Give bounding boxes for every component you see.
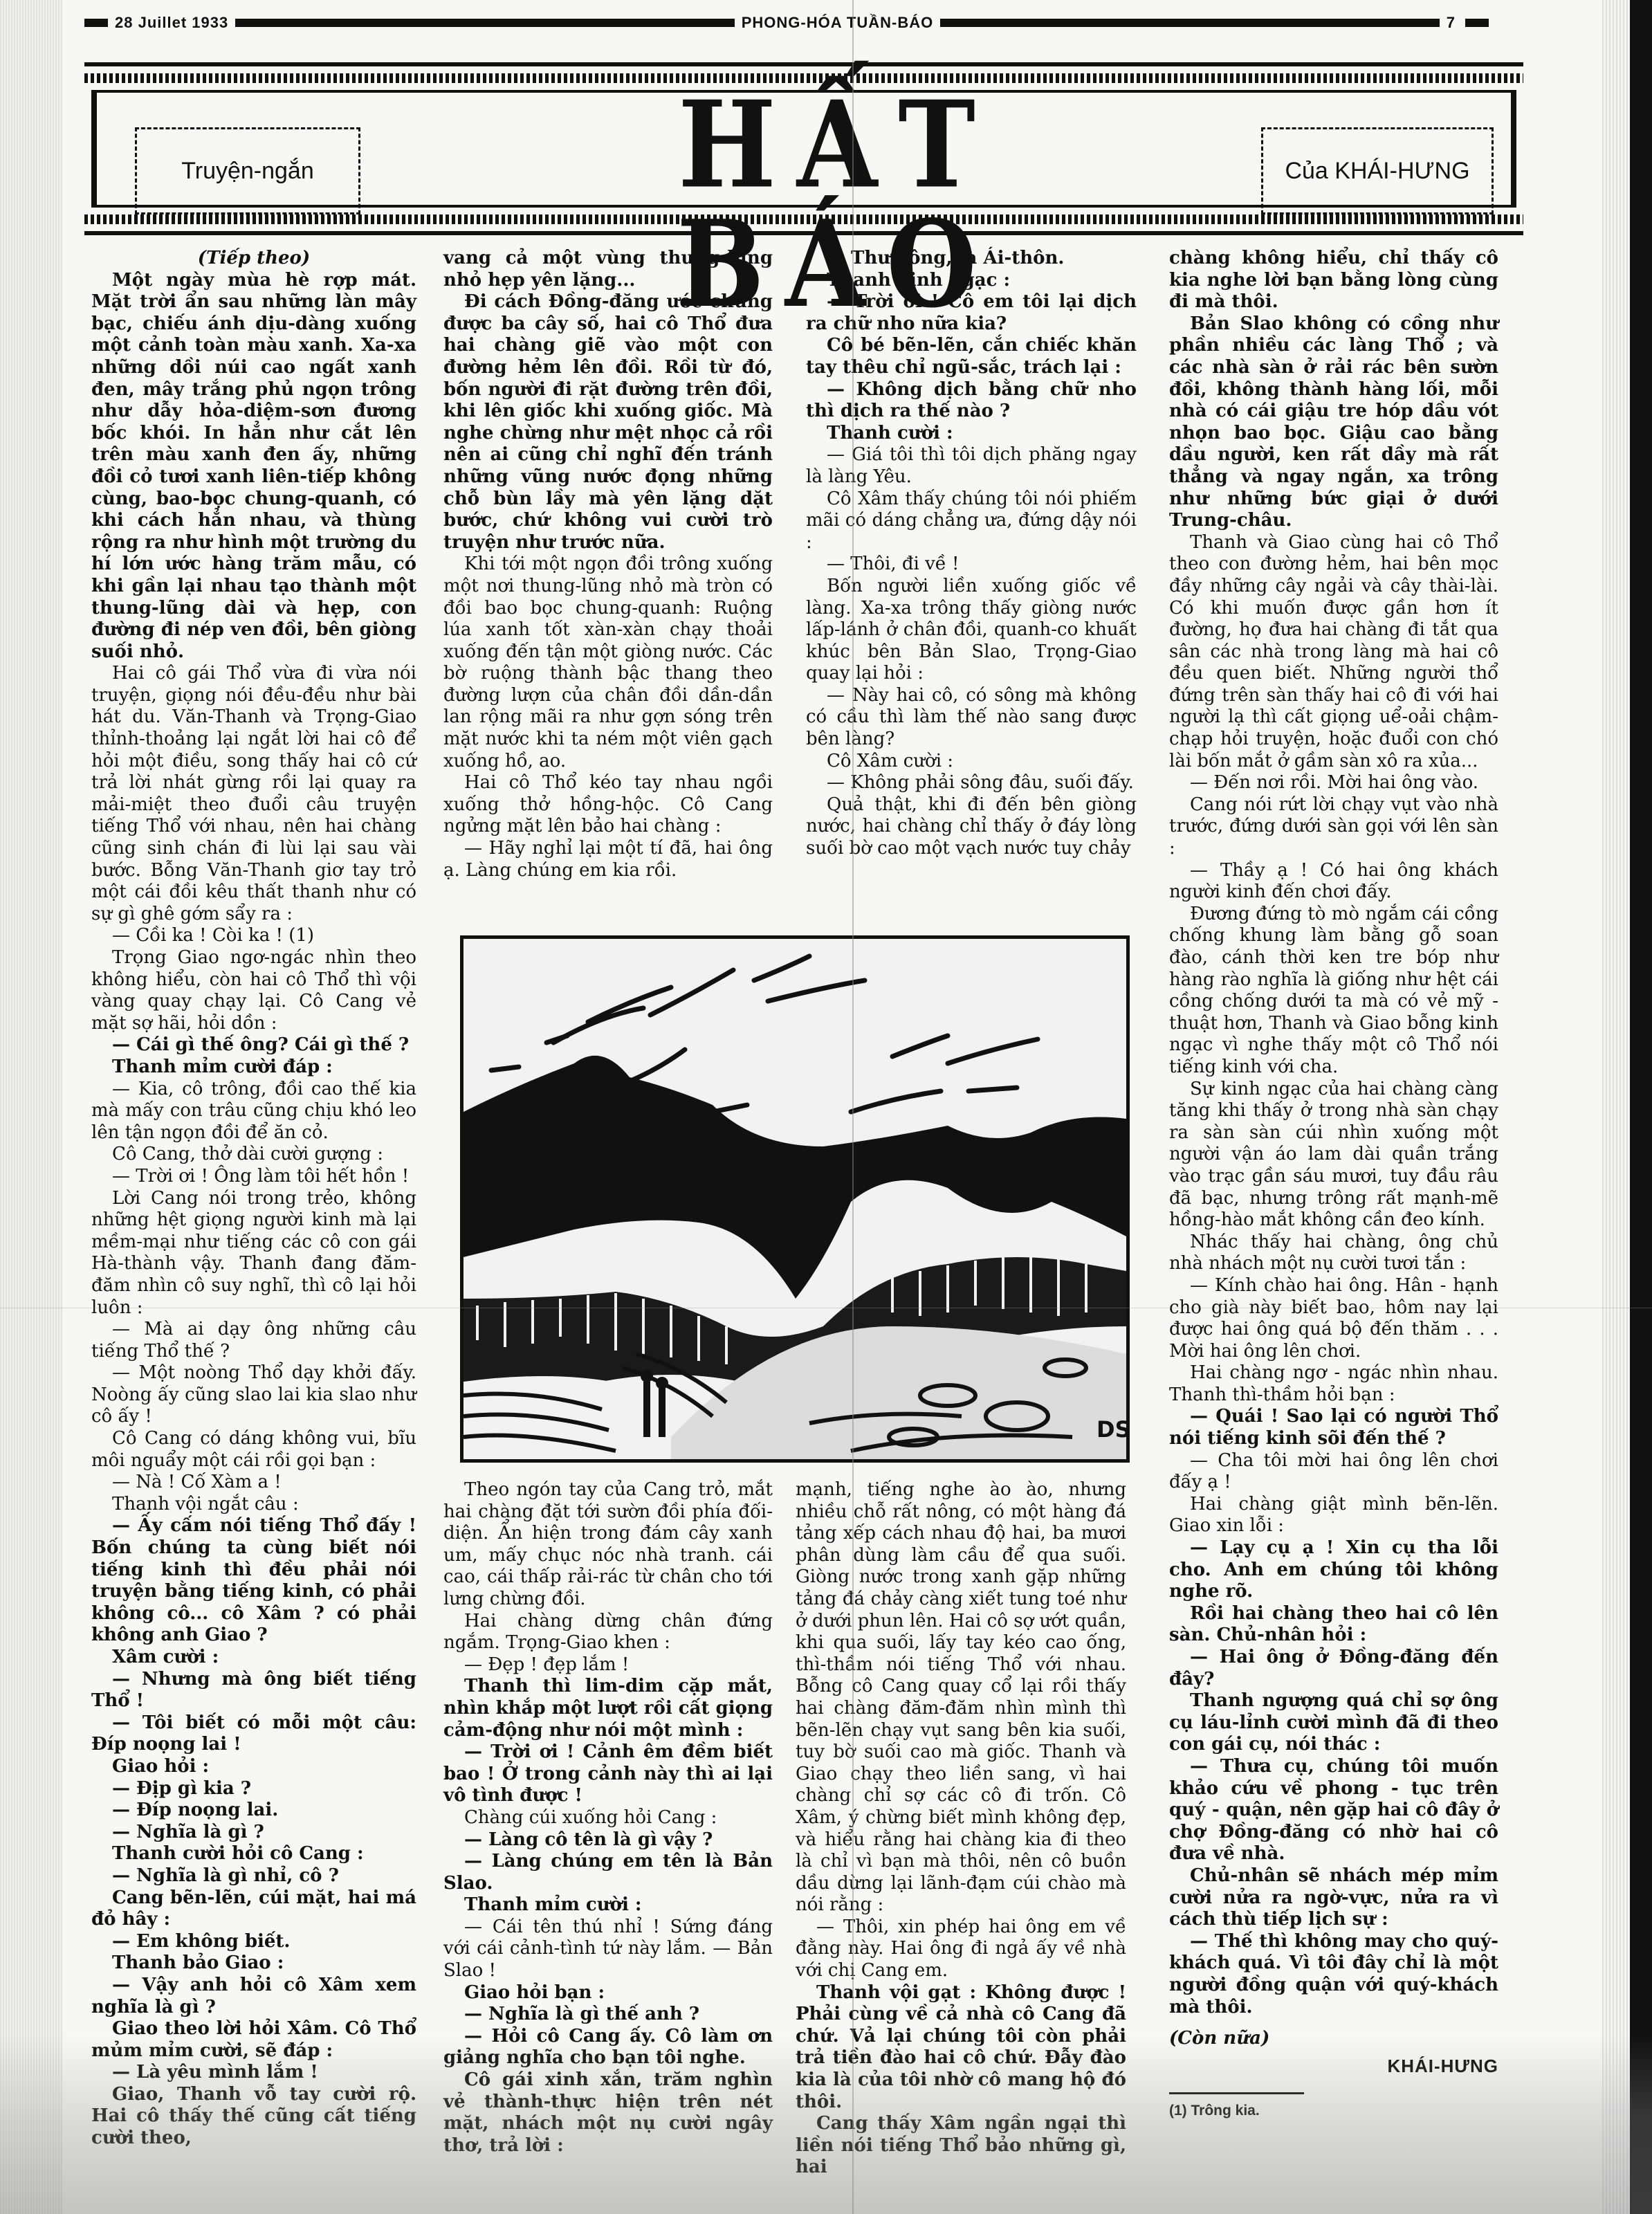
dialogue-line: — Cha tôi mời hai ông lên chơi đấy ạ !: [1169, 1450, 1498, 1494]
header-rule: [940, 19, 1440, 27]
paragraph: Thanh cười :: [806, 423, 1137, 445]
dialogue-line: — Kính chào hai ông. Hân - hạnh cho già …: [1169, 1275, 1498, 1362]
paragraph: Trọng Giao ngơ-ngác nhìn theo không hiểu…: [91, 947, 416, 1034]
paragraph: Khi tới một ngọn đồi trông xuống một nơi…: [443, 553, 773, 772]
article-column-2-top: vang cả một vùng thung-lũng nhỏ hẹp yên …: [443, 248, 773, 881]
banner-inner-frame: Truyện-ngắn HẤT BÁO Của KHÁI-HƯNG: [91, 90, 1516, 208]
dialogue-line: — Nhưng mà ông biết tiếng Thổ !: [91, 1669, 416, 1712]
page-fold-line: [852, 0, 854, 2214]
paragraph: Thanh bảo Giao :: [91, 1952, 416, 1975]
dialogue-line: — Địp gì kia ?: [91, 1778, 416, 1800]
dialogue-line: — Lạy cụ ạ ! Xin cụ tha lỗi cho. Anh em …: [1169, 1537, 1498, 1603]
title-banner: Truyện-ngắn HẤT BÁO Của KHÁI-HƯNG: [84, 62, 1523, 235]
paragraph: Hai chàng ngơ - ngác nhìn nhau. Thanh th…: [1169, 1362, 1498, 1406]
paragraph: Cô bé bẽn-lẽn, cắn chiếc khăn tay thêu c…: [806, 335, 1137, 378]
svg-text:DS: DS: [1096, 1416, 1126, 1443]
paragraph: Cô Cang có dáng không vui, bĩu môi nguẩy…: [91, 1428, 416, 1472]
dialogue-line: — Giá tôi thì tôi dịch phăng ngay là làn…: [806, 444, 1137, 488]
paragraph: Hai chàng giật mình bẽn-lẽn. Giao xin lỗ…: [1169, 1494, 1498, 1537]
paragraph: Bản Slao không có cồng như phần nhiều cá…: [1169, 313, 1498, 532]
article-column-3-top: — Thưa ông, là Ái-thôn. Thanh kinh ngạc …: [806, 248, 1137, 860]
section-label-box: Truyện-ngắn: [135, 127, 360, 214]
paragraph: Thanh và Giao cùng hai cô Thổ theo con đ…: [1169, 532, 1498, 773]
paragraph: Lời Cang nói trong trẻo, không những hệt…: [91, 1188, 416, 1319]
paragraph: Cang nói rứt lời chạy vụt vào nhà trước,…: [1169, 794, 1498, 860]
page-fold-line-horizontal: [0, 1308, 1652, 1308]
paragraph: Cô Xâm thấy chúng tôi nói phiếm mãi có d…: [806, 488, 1137, 554]
paragraph: Thanh thì lim-dim cặp mắt, nhìn khắp một…: [443, 1676, 773, 1741]
dialogue-line: — Đíp noọng lai.: [91, 1800, 416, 1822]
byline: Của KHÁI-HƯNG: [1285, 158, 1469, 185]
paragraph: Giao hỏi bạn :: [443, 1982, 773, 2004]
continued-marker: (Tiếp theo): [91, 248, 416, 270]
article-column-4: chàng không hiểu, chỉ thấy cô kia nghe l…: [1169, 248, 1498, 2122]
paragraph: Thanh vội ngắt câu :: [91, 1494, 416, 1516]
dialogue-line: — Nà ! Cố Xàm a !: [91, 1472, 416, 1494]
dialogue-line: — Kia, cô trông, đồi cao thế kia mà mấy …: [91, 1079, 416, 1144]
dialogue-line: — Không dịch bằng chữ nho thì dịch ra th…: [806, 379, 1137, 423]
paragraph-continued: chàng không hiểu, chỉ thấy cô kia nghe l…: [1169, 248, 1498, 313]
paragraph: Giao hỏi :: [91, 1756, 416, 1778]
paragraph: Thanh ngượng quá chỉ sợ ông cụ láu-lỉnh …: [1169, 1690, 1498, 1756]
issue-date: 28 Juillet 1933: [115, 14, 228, 32]
paragraph: Thanh mỉm cười đáp :: [91, 1056, 416, 1079]
dialogue-line: — Trời ơi ! Cảnh êm đềm biết bao ! Ở tro…: [443, 1741, 773, 1807]
paragraph: Thanh cười hỏi cô Cang :: [91, 1843, 416, 1865]
paragraph: Quả thật, khi đi đến bên giòng nước, hai…: [806, 794, 1137, 860]
paragraph: Thanh mỉm cười :: [443, 1894, 773, 1916]
scan-edge-right-grain: [1602, 0, 1630, 2214]
scan-edge-left: [0, 0, 62, 2214]
paragraph-continued: mạnh, tiếng nghe ào ào, nhưng nhiều chỗ …: [796, 1479, 1126, 1916]
dialogue-line: — Vậy anh hỏi cô Xâm xem nghĩa là gì ?: [91, 1975, 416, 2018]
dialogue-line: — Một noòng Thổ dạy khởi đấy. Noòng ấy c…: [91, 1362, 416, 1428]
paragraph: Nhác thấy hai chàng, ông chủ nhà nhách m…: [1169, 1232, 1498, 1275]
dialogue-line: — Làng cô tên là gì vậy ?: [443, 1829, 773, 1851]
dialogue-line: — Thế thì không may cho quý-khách quá. V…: [1169, 1931, 1498, 2018]
dialogue-line: — Em không biết.: [91, 1931, 416, 1953]
byline-box: Của KHÁI-HƯNG: [1261, 127, 1494, 214]
paragraph: Chàng cúi xuống hỏi Cang :: [443, 1807, 773, 1829]
paragraph: Rồi hai chàng theo hai cô lên sàn. Chủ-n…: [1169, 1603, 1498, 1647]
paragraph: Theo ngón tay của Cang trỏ, mắt hai chàn…: [443, 1479, 773, 1611]
header-rule-block: [84, 19, 108, 27]
running-header: 28 Juillet 1933 PHONG-HÓA TUẦN-BÁO 7: [84, 12, 1496, 33]
scan-edge-right: [1630, 0, 1652, 2214]
dialogue-line: — Thôi, đi về !: [806, 553, 1137, 576]
dialogue-line: — Cái tên thú nhỉ ! Sứng đáng với cái cả…: [443, 1916, 773, 1982]
paragraph: Chủ-nhân sẽ nhách mép mỉm cười nửa ra ng…: [1169, 1865, 1498, 1931]
dialogue-line: — Nghĩa là gì thế anh ?: [443, 2004, 773, 2026]
dialogue-line: — Thôi, xin phép hai ông em về đằng này.…: [796, 1916, 1126, 1982]
dialogue-line: — Nghĩa là gì ?: [91, 1822, 416, 1844]
paragraph: Hai chàng dừng chân đứng ngắm. Trọng-Gia…: [443, 1611, 773, 1654]
dialogue-line: — Mà ai dạy ông những câu tiếng Thổ thế …: [91, 1319, 416, 1362]
dialogue-line: — Thưa ông, là Ái-thôn.: [806, 248, 1137, 270]
dialogue-line: — Không phải sông đâu, suối đấy.: [806, 772, 1137, 794]
dialogue-line: — Cái gì thế ông? Cái gì thế ?: [91, 1034, 416, 1056]
dialogue-line: — Hãy nghỉ lại một tí đã, hai ông ạ. Làn…: [443, 838, 773, 881]
page-number: 7: [1447, 14, 1456, 32]
publication-name: PHONG-HÓA TUẦN-BÁO: [742, 14, 934, 32]
landscape-illustration: DS: [460, 935, 1130, 1463]
paragraph: Xâm cười :: [91, 1647, 416, 1669]
paragraph: Cô Cang, thở dài cười gượng :: [91, 1144, 416, 1166]
dialogue-line: — Ấy cấm nói tiếng Thổ đấy ! Bốn chúng t…: [91, 1515, 416, 1647]
dialogue-line: — Trời ơi ! Cô em tôi lại dịch ra chữ nh…: [806, 291, 1137, 335]
dialogue-line: — Thưa cụ, chúng tôi muốn khảo cứu về ph…: [1169, 1756, 1498, 1865]
paragraph-continued: vang cả một vùng thung-lũng nhỏ hẹp yên …: [443, 248, 773, 291]
dialogue-line: — Này hai cô, có sông mà không có cầu th…: [806, 685, 1137, 751]
scan-stain: [0, 2034, 1652, 2214]
dialogue-line: — Quái ! Sao lại có người Thổ nói tiếng …: [1169, 1406, 1498, 1449]
woodcut-landscape-image: DS: [464, 939, 1126, 1459]
dialogue-line: — Cồi ka ! Còi ka ! (1): [91, 925, 416, 947]
paragraph: Cang bẽn-lẽn, cúi mặt, hai má đỏ hây :: [91, 1887, 416, 1931]
header-rule-block: [1465, 19, 1489, 27]
paragraph: Hai cô gái Thổ vừa đi vừa nói truyện, gi…: [91, 663, 416, 925]
dialogue-line: — Đến nơi rồi. Mời hai ông vào.: [1169, 772, 1498, 794]
paragraph: Thanh kinh ngạc :: [806, 270, 1137, 292]
dialogue-line: — Hai ông ở Đồng-đăng đến đây?: [1169, 1647, 1498, 1690]
section-label: Truyện-ngắn: [181, 158, 314, 185]
dialogue-line: — Đẹp ! đẹp lắm !: [443, 1654, 773, 1676]
article-column-1: (Tiếp theo) Một ngày mùa hè rợp mát. Mặt…: [91, 248, 416, 2150]
dialogue-line: — Thầy ạ ! Có hai ông khách người kinh đ…: [1169, 860, 1498, 904]
paragraph: Cô Xâm cười :: [806, 751, 1137, 773]
paragraph: Đi cách Đồng-đăng ước chừng được ba cây …: [443, 291, 773, 553]
dialogue-line: — Trời ơi ! Ông làm tôi hết hồn !: [91, 1166, 416, 1188]
paragraph: Hai cô Thổ kéo tay nhau ngồi xuống thở h…: [443, 772, 773, 838]
paragraph: Sự kinh ngạc của hai chàng càng tăng khi…: [1169, 1079, 1498, 1232]
dialogue-line: — Nghĩa là gì nhỉ, cô ?: [91, 1865, 416, 1887]
dialogue-line: — Tôi biết có mỗi một câu: Đíp noọng lai…: [91, 1712, 416, 1756]
header-rule: [235, 19, 735, 27]
paragraph: Một ngày mùa hè rợp mát. Mặt trời ẩn sau…: [91, 270, 416, 664]
dialogue-line: — Làng chúng em tên là Bản Slao.: [443, 1851, 773, 1894]
paragraph: Đương đứng tò mò ngắm cái cồng chống khu…: [1169, 904, 1498, 1079]
paragraph: Bốn người liền xuống giốc về làng. Xa-xa…: [806, 576, 1137, 685]
